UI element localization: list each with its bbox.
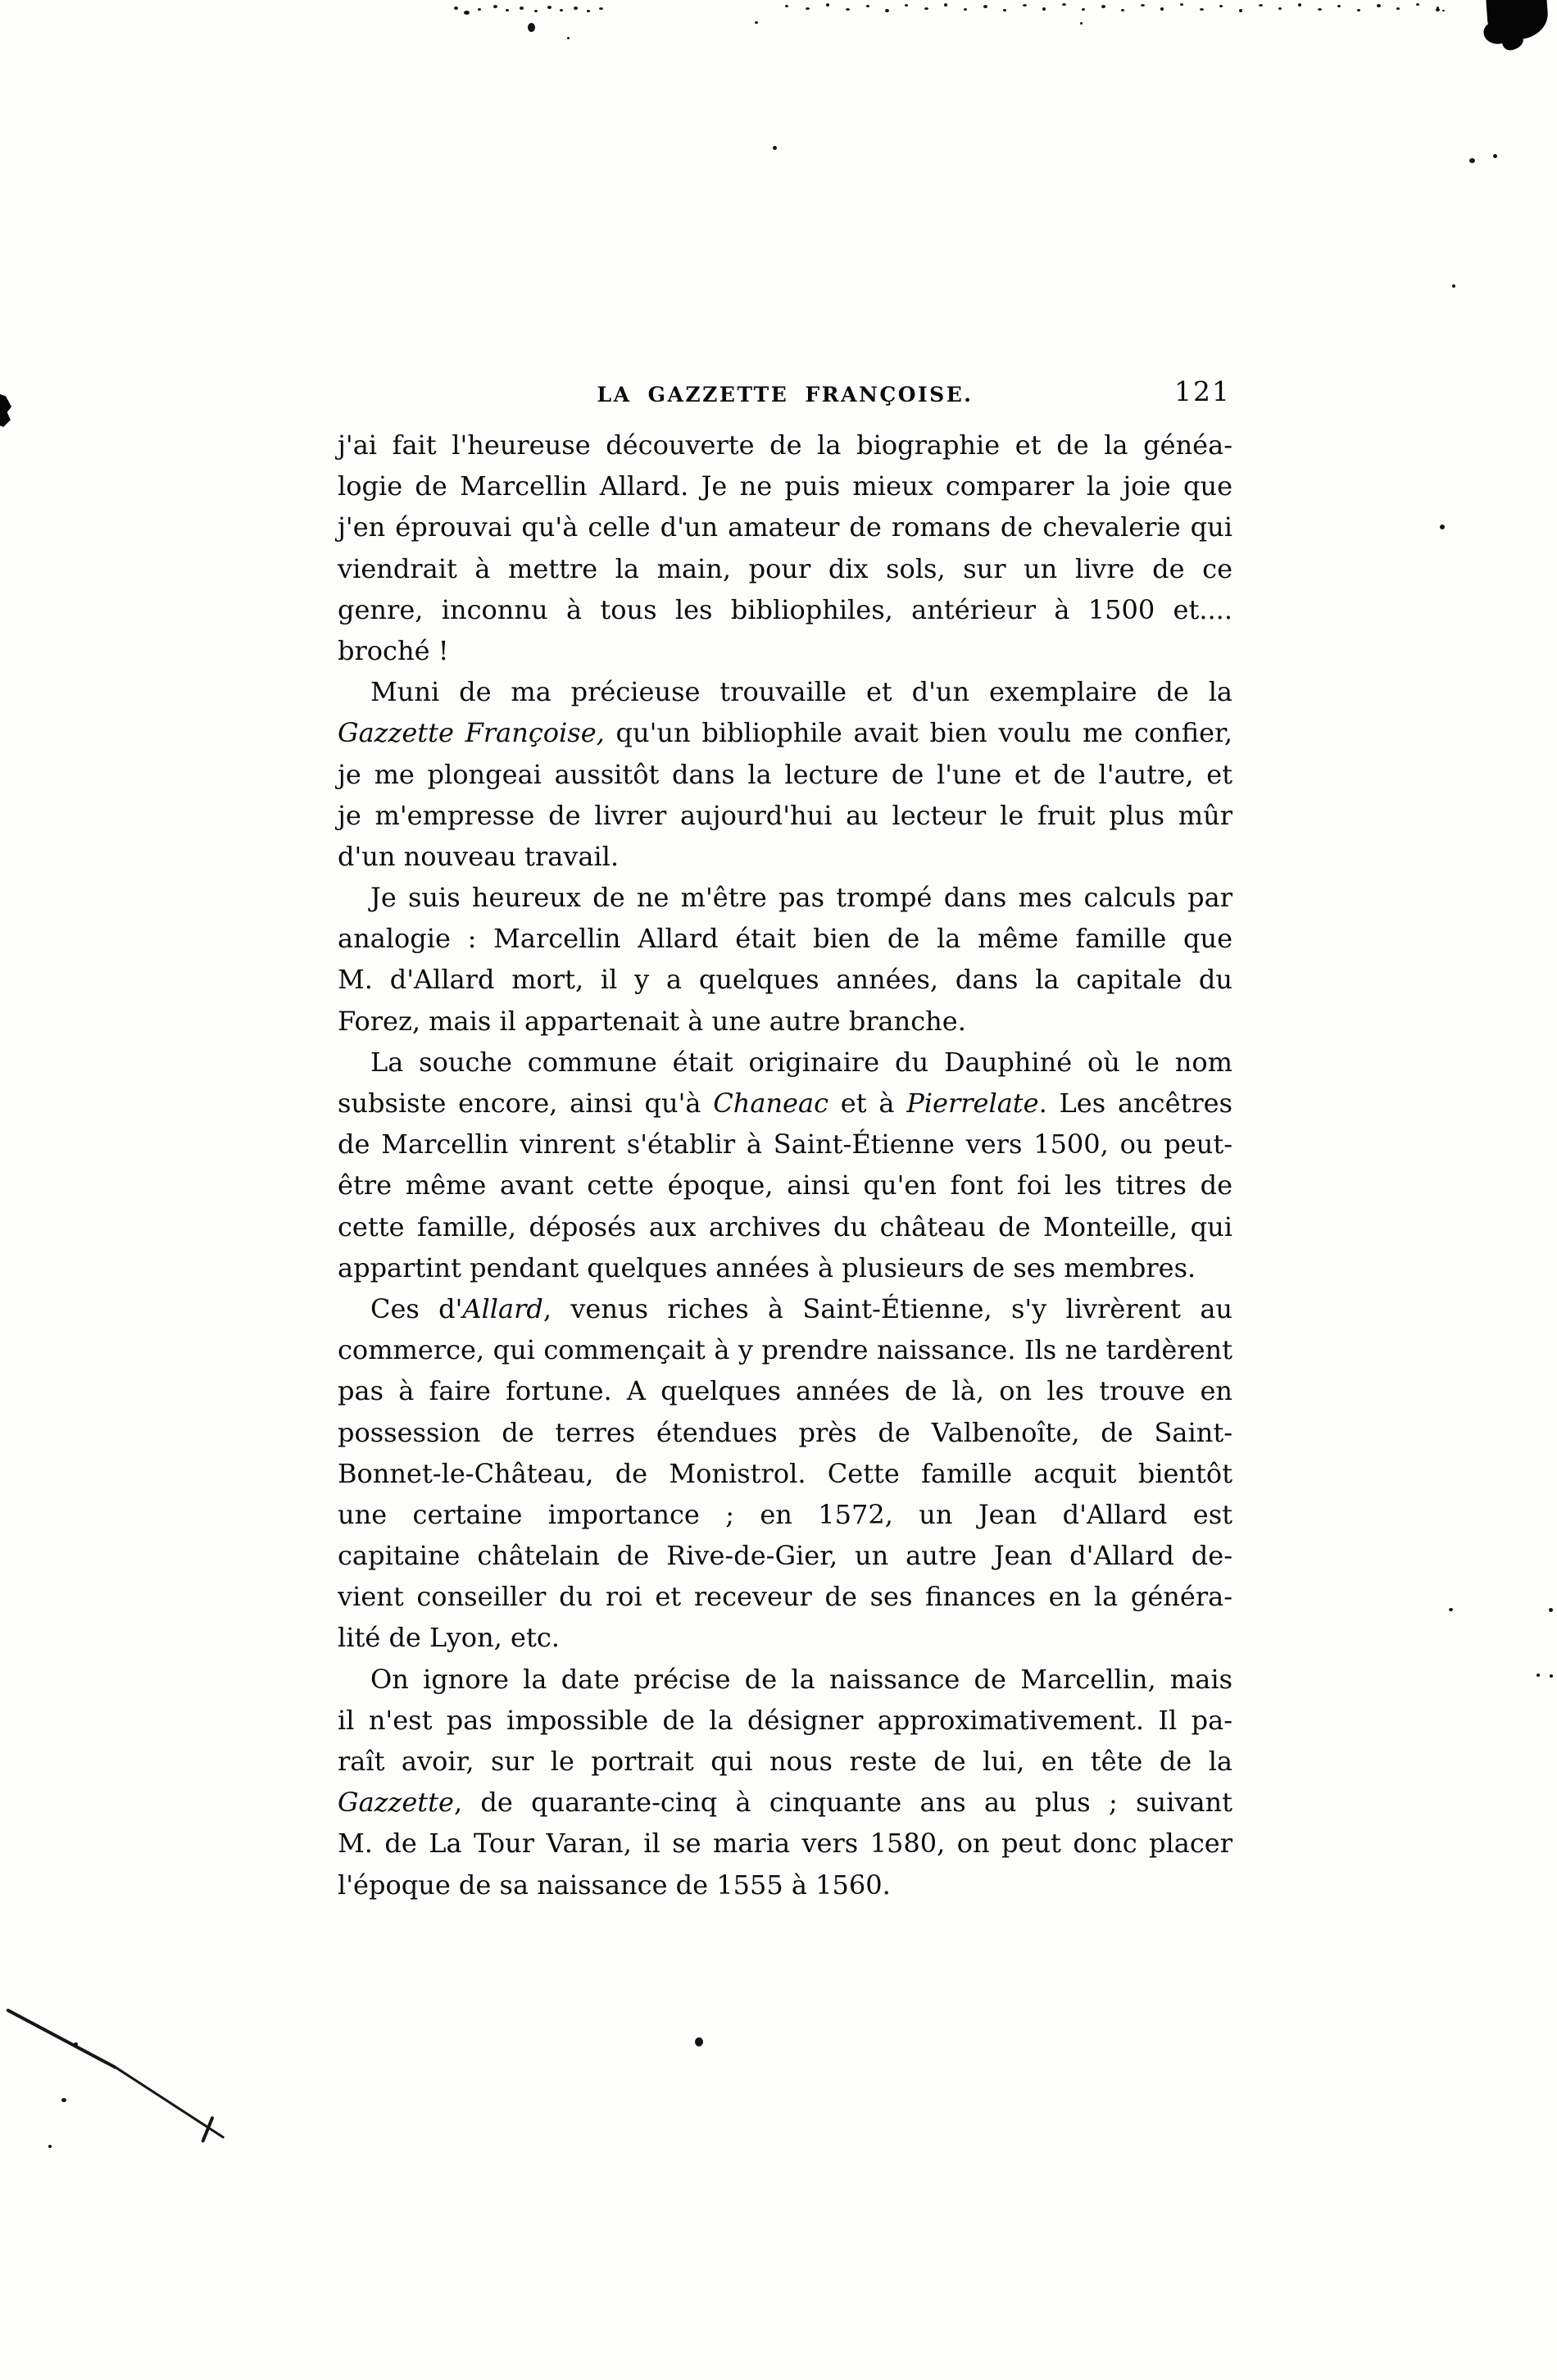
scan-speck: [1101, 5, 1105, 8]
scan-speck: [1023, 4, 1027, 7]
text-line: M. de La Tour Varan, il se maria vers 15…: [338, 1823, 1232, 1864]
scan-speck: [493, 5, 497, 8]
scan-speck: [534, 10, 538, 12]
scan-speck: [695, 2037, 703, 2046]
scan-speck: [1549, 1608, 1553, 1612]
text-line: j'en éprouvai qu'à celle d'un amateur de…: [338, 506, 1232, 547]
ink-blot: [1486, 0, 1549, 42]
scan-speck: [1259, 4, 1263, 7]
scan-speck: [1469, 158, 1475, 163]
scan-speck: [1493, 154, 1497, 158]
text-line: appartint pendant quelques années à plus…: [338, 1247, 1232, 1288]
paragraph: Muni de ma précieuse trouvaille et d'un …: [338, 671, 1232, 877]
scan-speck: [1416, 3, 1419, 6]
text-line: subsiste encore, ainsi qu'à Chaneac et à…: [338, 1083, 1232, 1124]
scan-speck: [773, 146, 777, 150]
scan-speck: [1318, 8, 1322, 11]
scan-speck: [454, 7, 458, 10]
scan-speck: [61, 2098, 66, 2102]
scan-speck: [1440, 525, 1445, 529]
scan-speck: [478, 8, 481, 11]
scan-speck: [506, 9, 509, 11]
text-line: d'un nouveau travail.: [338, 836, 1232, 877]
text-line: l'époque de sa naissance de 1555 à 1560.: [338, 1864, 1232, 1905]
scan-speck: [1437, 7, 1439, 9]
paragraph: La souche commune était originaire du Da…: [338, 1042, 1232, 1288]
scan-speck: [1239, 9, 1242, 12]
text-line: capitaine châtelain de Rive-de-Gier, un …: [338, 1535, 1232, 1576]
scan-speck: [1062, 3, 1066, 6]
paragraph: Ces d'Allard, venus riches à Saint-Étien…: [338, 1288, 1232, 1659]
text-line: il n'est pas impossible de la désigner a…: [338, 1700, 1232, 1741]
running-header: LA GAZZETTE FRANÇOISE. 121: [338, 381, 1232, 409]
scan-speck: [846, 8, 850, 11]
text-line: genre, inconnu à tous les bibliophiles, …: [338, 589, 1232, 630]
scan-speck: [924, 7, 928, 10]
scan-speck: [1442, 10, 1445, 11]
scan-speck: [866, 5, 869, 7]
scan-speck: [587, 10, 590, 12]
scan-speck: [755, 21, 758, 24]
text-line: je me plongeai aussitôt dans la lecture …: [338, 754, 1232, 795]
scan-speck: [1449, 1608, 1453, 1611]
scan-speck: [1080, 22, 1083, 25]
paragraph: j'ai fait l'heureuse découverte de la bi…: [338, 425, 1232, 671]
text-line: logie de Marcellin Allard. Je ne puis mi…: [338, 466, 1232, 506]
scan-speck: [1550, 1674, 1553, 1678]
text-line: une certaine importance ; en 1572, un Je…: [338, 1494, 1232, 1535]
scan-speck: [1377, 4, 1381, 7]
text-line: analogie : Marcellin Allard était bien d…: [338, 918, 1232, 959]
scan-speck: [1452, 284, 1455, 288]
text-block: LA GAZZETTE FRANÇOISE. 121 j'ai fait l'h…: [338, 381, 1232, 1905]
page-number: 121: [1174, 378, 1231, 406]
scan-speck: [1003, 9, 1006, 11]
scan-speck: [1219, 5, 1223, 7]
scan-speck: [528, 23, 535, 32]
text-line: de Marcellin vinrent s'établir à Saint-É…: [338, 1124, 1232, 1165]
scan-speck: [567, 37, 570, 39]
scan-speck: [1200, 8, 1204, 11]
text-line: pas à faire fortune. A quelques années d…: [338, 1370, 1232, 1411]
scan-speck: [1396, 7, 1400, 10]
scan-speck: [1160, 7, 1164, 11]
text-line: Forez, mais il appartenait à une autre b…: [338, 1001, 1232, 1042]
scan-speck: [599, 7, 603, 10]
scan-speck: [574, 7, 578, 10]
scan-speck: [885, 9, 889, 12]
scan-speck: [48, 2145, 52, 2148]
scanned-book-page: LA GAZZETTE FRANÇOISE. 121 j'ai fait l'h…: [0, 0, 1557, 2380]
scan-speck: [983, 5, 987, 8]
scan-speck: [785, 5, 788, 7]
text-line: j'ai fait l'heureuse découverte de la bi…: [338, 425, 1232, 466]
text-line: raît avoir, sur le portrait qui nous res…: [338, 1741, 1232, 1782]
text-line: vient conseiller du roi et receveur de s…: [338, 1576, 1232, 1617]
scan-speck: [1121, 9, 1124, 11]
text-line: viendrait à mettre la main, pour dix sol…: [338, 548, 1232, 589]
scan-speck: [464, 11, 470, 15]
page-body: j'ai fait l'heureuse découverte de la bi…: [338, 425, 1232, 1905]
scan-speck: [1180, 3, 1183, 6]
scan-speck: [806, 7, 810, 10]
scan-speck: [905, 4, 908, 7]
text-line: Ces d'Allard, venus riches à Saint-Étien…: [338, 1288, 1232, 1329]
text-line: possession de terres étendues près de Va…: [338, 1412, 1232, 1453]
text-line: broché !: [338, 630, 1232, 671]
text-line: je m'empresse de livrer aujourd'hui au l…: [338, 795, 1232, 836]
page-title: LA GAZZETTE FRANÇOISE.: [338, 381, 1232, 409]
scan-speck: [1082, 8, 1085, 11]
scan-speck: [826, 3, 829, 7]
scan-speck: [964, 8, 967, 11]
text-line: être même avant cette époque, ainsi qu'e…: [338, 1165, 1232, 1206]
text-line: La souche commune était originaire du Da…: [338, 1042, 1232, 1083]
text-line: M. d'Allard mort, il y a quelques années…: [338, 959, 1232, 1000]
text-line: Je suis heureux de ne m'être pas trompé …: [338, 877, 1232, 918]
scan-speck: [1298, 3, 1301, 7]
text-line: commerce, qui commençait à y prendre nai…: [338, 1329, 1232, 1370]
scan-speck: [520, 7, 524, 10]
text-line: Gazzette Françoise, qu'un bibliophile av…: [338, 712, 1232, 753]
paragraph: On ignore la date précise de la naissanc…: [338, 1659, 1232, 1905]
scan-speck: [560, 9, 563, 11]
scan-speck: [1537, 1674, 1540, 1677]
scan-speck: [1337, 5, 1341, 7]
margin-blot: [0, 394, 11, 427]
scan-speck: [547, 6, 552, 9]
text-line: Gazzette, de quarante-cinq à cinquante a…: [338, 1782, 1232, 1823]
text-line: Muni de ma précieuse trouvaille et d'un …: [338, 671, 1232, 712]
scan-speck: [1141, 4, 1145, 7]
paragraph: Je suis heureux de ne m'être pas trompé …: [338, 877, 1232, 1042]
scan-speck: [1357, 9, 1360, 11]
pencil-stroke: [6, 2008, 117, 2069]
scan-speck: [1042, 7, 1046, 11]
text-line: Bonnet-le-Château, de Monistrol. Cette f…: [338, 1453, 1232, 1494]
text-line: lité de Lyon, etc.: [338, 1617, 1232, 1658]
scan-speck: [944, 3, 947, 7]
text-line: On ignore la date précise de la naissanc…: [338, 1659, 1232, 1700]
text-line: cette famille, déposés aux archives du c…: [338, 1206, 1232, 1247]
scan-speck: [1278, 7, 1282, 10]
